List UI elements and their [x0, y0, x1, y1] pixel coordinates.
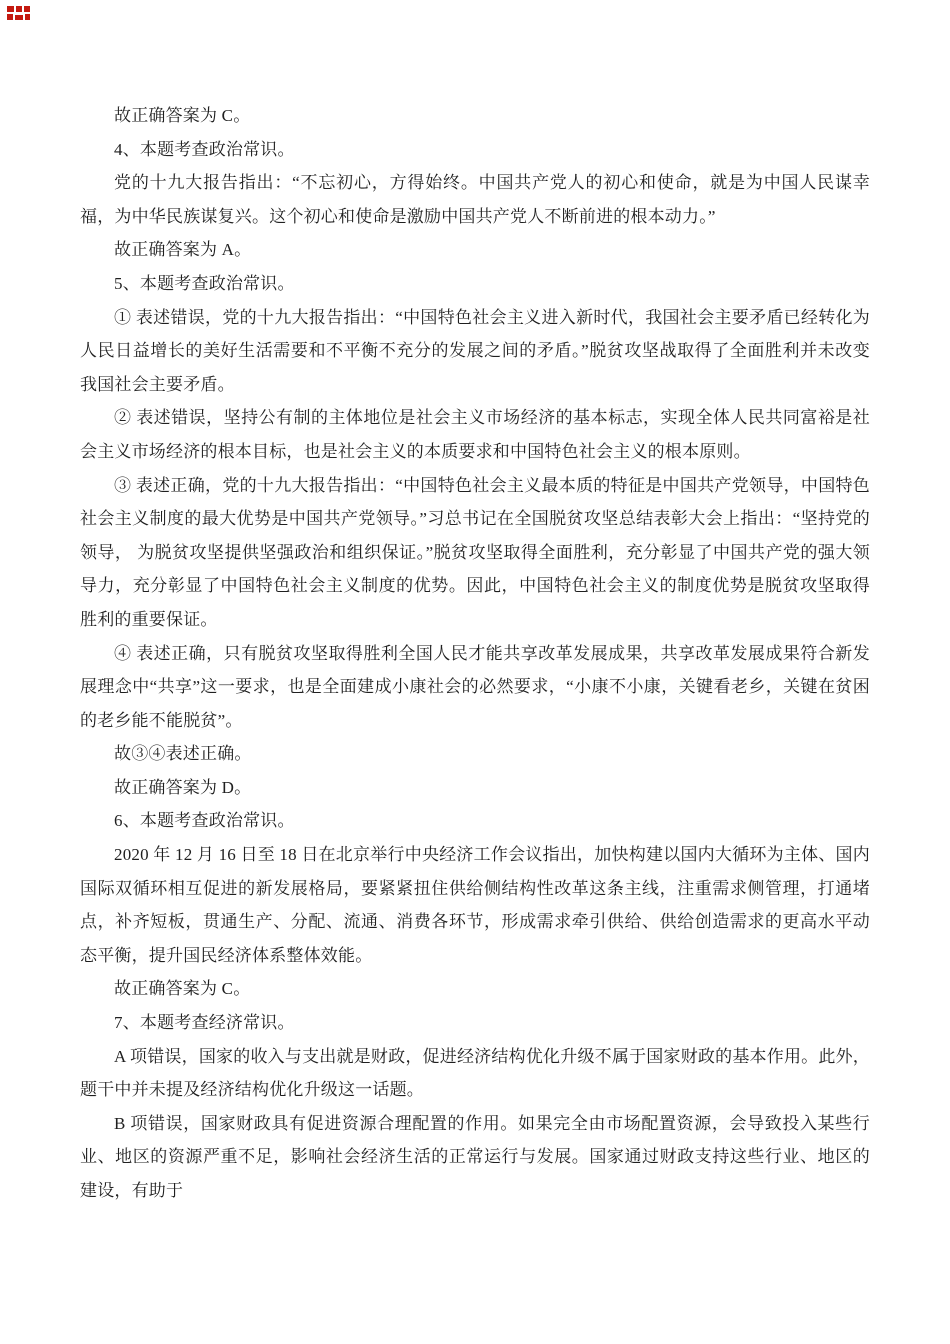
paragraph: 2020 年 12 月 16 日至 18 日在北京举行中央经济工作会议指出，加快… [80, 838, 870, 972]
document-page: 故正确答案为 C。4、本题考查政治常识。党的十九大报告指出：“不忘初心，方得始终… [0, 0, 950, 1344]
paragraph: ② 表述错误，坚持公有制的主体地位是社会主义市场经济的基本标志，实现全体人民共同… [80, 401, 870, 468]
paragraph: ③ 表述正确，党的十九大报告指出：“中国特色社会主义最本质的特征是中国共产党领导… [80, 469, 870, 637]
paragraph: 故正确答案为 A。 [80, 233, 870, 267]
paragraph: A 项错误，国家的收入与支出就是财政，促进经济结构优化升级不属于国家财政的基本作… [80, 1040, 870, 1107]
paragraph: 党的十九大报告指出：“不忘初心，方得始终。中国共产党人的初心和使命，就是为中国人… [80, 166, 870, 233]
document-text-block: 故正确答案为 C。4、本题考查政治常识。党的十九大报告指出：“不忘初心，方得始终… [80, 99, 870, 1208]
paragraph: 4、本题考查政治常识。 [80, 133, 870, 167]
paragraph: 6、本题考查政治常识。 [80, 804, 870, 838]
paragraph: 7、本题考查经济常识。 [80, 1006, 870, 1040]
paragraph: 5、本题考查政治常识。 [80, 267, 870, 301]
paragraph: ① 表述错误，党的十九大报告指出：“中国特色社会主义进入新时代，我国社会主要矛盾… [80, 301, 870, 402]
paragraph: 故正确答案为 D。 [80, 771, 870, 805]
paragraph: B 项错误，国家财政具有促进资源合理配置的作用。如果完全由市场配置资源，会导致投… [80, 1107, 870, 1208]
paragraph: 故正确答案为 C。 [80, 972, 870, 1006]
paragraph: ④ 表述正确，只有脱贫攻坚取得胜利全国人民才能共享改革发展成果，共享改革发展成果… [80, 637, 870, 738]
paragraph: 故正确答案为 C。 [80, 99, 870, 133]
paragraph: 故③④表述正确。 [80, 737, 870, 771]
red-grid-icon [7, 6, 31, 21]
